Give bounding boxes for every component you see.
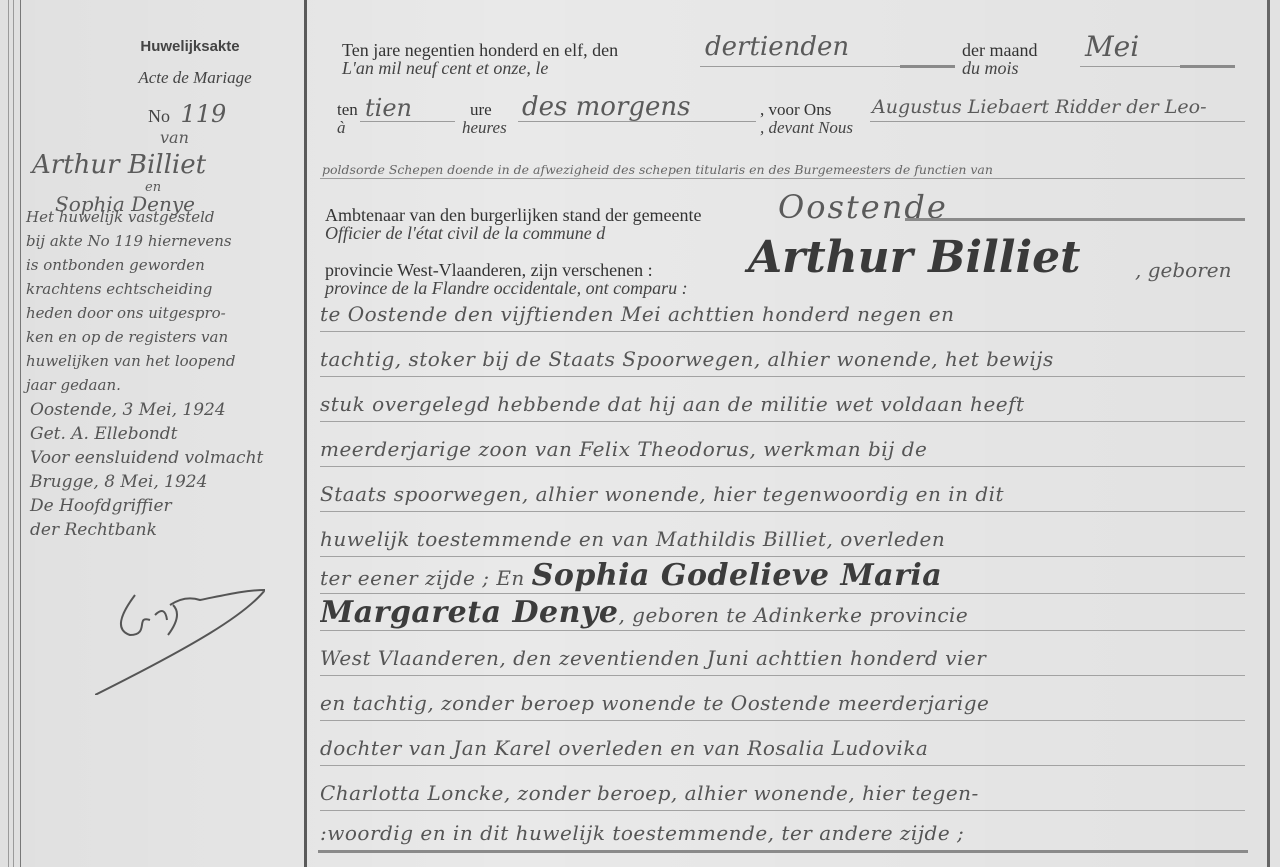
hour-label-fr: heures bbox=[462, 118, 507, 138]
act-body-line: stuk overgelegd hebbende dat hij aan de … bbox=[320, 387, 1245, 422]
margin-note-line: Brugge, 8 Mei, 1924 bbox=[30, 472, 207, 492]
act-body-line: :woordig en in dit huwelijk toestemmende… bbox=[320, 816, 1245, 851]
act-body-line: ter eener zijde ; En Sophia Godelieve Ma… bbox=[320, 559, 1245, 594]
number-label: No bbox=[148, 106, 170, 126]
act-body-line: en tachtig, zonder beroep wonende te Oos… bbox=[320, 686, 1245, 721]
margin-note-line: De Hoofdgriffier bbox=[30, 496, 172, 516]
bride-name-last: Margareta Denye bbox=[320, 596, 618, 630]
time-of-day-value: des morgens bbox=[522, 92, 691, 122]
groom-name: Arthur Billiet bbox=[748, 232, 1081, 283]
margin-note-line: krachtens echtscheiding bbox=[26, 280, 212, 298]
act-body-line: meerderjarige zoon van Felix Theodorus, … bbox=[320, 432, 1245, 467]
number-value: 119 bbox=[181, 100, 227, 128]
margin-title-nl: Huwelijksakte bbox=[110, 38, 270, 55]
hour-prefix-fr: à bbox=[337, 118, 346, 138]
margin-note-line: huwelijken van het loopend bbox=[26, 352, 235, 370]
year-line-fr: L'an mil neuf cent et onze, le bbox=[342, 58, 548, 79]
hour-prefix-nl: ten bbox=[337, 100, 358, 120]
act-body-line: tachtig, stoker bij de Staats Spoorwegen… bbox=[320, 342, 1245, 377]
groom-after: , geboren bbox=[1135, 258, 1231, 282]
official-value: Augustus Liebaert Ridder der Leo- bbox=[872, 96, 1207, 118]
end-rule bbox=[318, 850, 1248, 853]
before-fr: , devant Nous bbox=[760, 118, 853, 138]
signature-mark bbox=[95, 585, 265, 695]
margin-note-line: Get. A. Ellebondt bbox=[30, 424, 178, 444]
act-body-line: huwelijk toestemmende en van Mathildis B… bbox=[320, 522, 1245, 557]
underline bbox=[320, 178, 1245, 179]
margin-note-line: is ontbonden geworden bbox=[26, 256, 205, 274]
month-value: Mei bbox=[1085, 30, 1139, 63]
margin-note-line: der Rechtbank bbox=[30, 520, 157, 540]
official-continuation: poldsorde Schepen doende in de afwezighe… bbox=[322, 162, 993, 177]
margin-title-fr: Acte de Mariage bbox=[110, 68, 280, 88]
register-page: Huwelijksakte Acte de Mariage No 119 van… bbox=[0, 0, 1280, 867]
hour-value: tien bbox=[365, 94, 412, 122]
underline bbox=[870, 121, 1245, 122]
month-label-fr: du mois bbox=[962, 58, 1019, 79]
act-body-line: Margareta Denye, geboren te Adinkerke pr… bbox=[320, 596, 1245, 631]
margin-note-line: Voor eensluidend volmacht bbox=[30, 448, 263, 468]
hour-label-nl: ure bbox=[470, 100, 492, 120]
act-body-line: dochter van Jan Karel overleden en van R… bbox=[320, 731, 1245, 766]
underline bbox=[518, 121, 756, 122]
margin-divider bbox=[304, 0, 307, 867]
province-fr: province de la Flandre occidentale, ont … bbox=[325, 278, 688, 299]
margin-groom: Arthur Billiet bbox=[32, 150, 206, 180]
margin-note-line: Oostende, 3 Mei, 1924 bbox=[30, 400, 226, 420]
margin-note-line: heden door ons uitgespro- bbox=[26, 304, 226, 322]
underline bbox=[900, 65, 955, 68]
underline bbox=[905, 218, 1245, 221]
act-number: No 119 bbox=[148, 100, 226, 128]
before-nl: , voor Ons bbox=[760, 100, 831, 120]
binding-line bbox=[20, 0, 21, 867]
margin-van: van bbox=[160, 128, 189, 147]
margin-note-line: bij akte No 119 hiernevens bbox=[26, 232, 232, 250]
page-border bbox=[1267, 0, 1270, 867]
act-body-line: Staats spoorwegen, alhier wonende, hier … bbox=[320, 477, 1245, 512]
registrar-fr: Officier de l'état civil de la commune d bbox=[325, 223, 605, 244]
day-value: dertienden bbox=[705, 32, 849, 62]
bride-name-first: Sophia Godelieve Maria bbox=[532, 559, 943, 593]
act-body-line: te Oostende den vijftienden Mei achttien… bbox=[320, 297, 1245, 332]
underline bbox=[700, 66, 925, 67]
margin-note-line: Het huwelijk vastgesteld bbox=[26, 208, 215, 226]
margin-note-line: ken en op de registers van bbox=[26, 328, 228, 346]
act-body-line: West Vlaanderen, den zeventienden Juni a… bbox=[320, 641, 1245, 676]
act-body-line: Charlotta Loncke, zonder beroep, alhier … bbox=[320, 776, 1245, 811]
binding-line bbox=[8, 0, 9, 867]
underline bbox=[360, 121, 455, 122]
underline bbox=[1180, 65, 1235, 68]
margin-note-line: jaar gedaan. bbox=[26, 376, 121, 394]
binding-line bbox=[13, 0, 14, 867]
